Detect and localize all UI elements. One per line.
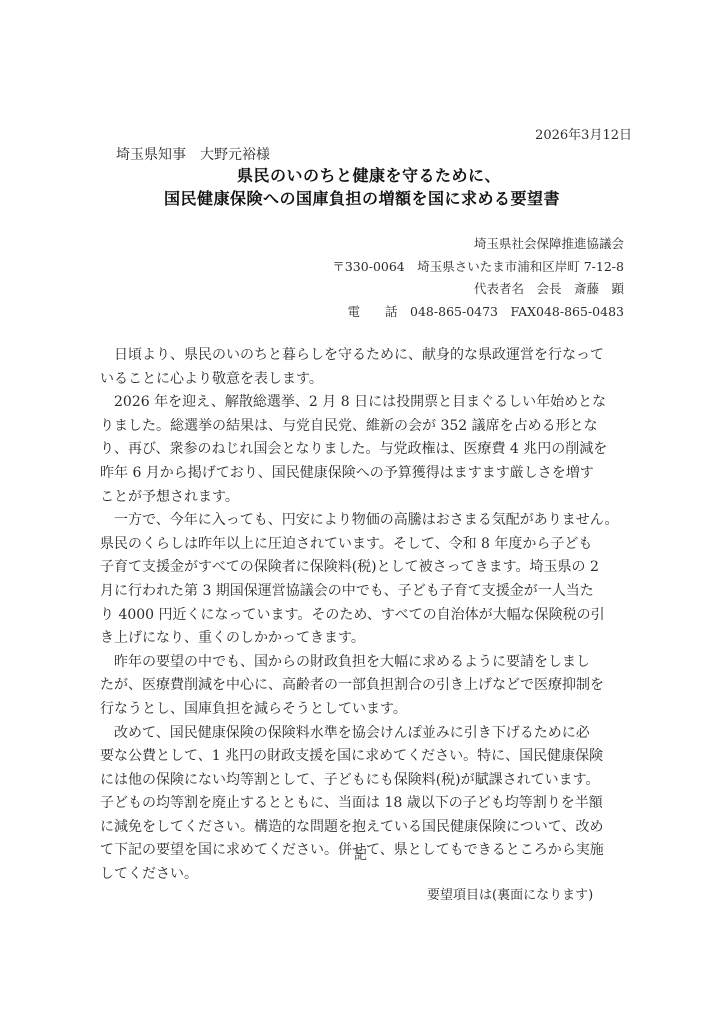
body-line: 一方で、今年に入っても、円安により物価の高騰はおさまる気配がありません。 <box>100 509 624 533</box>
sender-organization: 埼玉県社会保障推進協議会 <box>474 234 624 252</box>
body-line: に減免をしてください。構造的な問題を抱えている国民健康保険について、改め <box>100 816 624 840</box>
addressee: 埼玉県知事 大野元裕様 <box>116 144 270 164</box>
body-line: り 4000 円近くになっています。そのため、すべての自治体が大幅な保険税の引 <box>100 604 624 628</box>
document-body: 日頃より、県民のいのちと暮らしを守るために、献身的な県政運営を行なっていることに… <box>100 344 624 887</box>
document-page: 2026年3月12日 埼玉県知事 大野元裕様 県民のいのちと健康を守るために、 … <box>0 0 724 1024</box>
body-line: たが、医療費削減を中心に、高齢者の一部負担割合の引き上げなどで医療抑制を <box>100 674 624 698</box>
body-line: 要な公費として、1 兆円の財政支援を国に求めてください。特に、国民健康保険 <box>100 745 624 769</box>
body-line: 改めて、国民健康保険の保険料水準を協会けんぽ並みに引き下げるために必 <box>100 722 624 746</box>
body-line: 日頃より、県民のいのちと暮らしを守るために、献身的な県政運営を行なって <box>100 344 624 368</box>
body-line: りました。総選挙の結果は、与党自民党、維新の会が 352 議席を占める形とな <box>100 415 624 439</box>
body-line: き上げになり、重くのしかかってきます。 <box>100 627 624 651</box>
document-title-line-1: 県民のいのちと健康を守るために、 <box>0 163 724 186</box>
body-line: 子育て支援金がすべての保険者に保険料(税)として被さってきます。埼玉県の 2 <box>100 556 624 580</box>
body-line: 昨年の要望の中でも、国からの財政負担を大幅に求めるように要請をしまし <box>100 651 624 675</box>
body-line: 2026 年を迎え、解散総選挙、2 月 8 日には投開票と目まぐるしい年始めとな <box>100 391 624 415</box>
body-line: 月に行われた第 3 期国保運営協議会の中でも、子ども子育て支援金が一人当た <box>100 580 624 604</box>
sender-representative: 代表者名 会長 斎藤 顕 <box>474 279 624 297</box>
body-line: 県民のくらしは昨年以上に圧迫されています。そして、令和 8 年度から子ども <box>100 533 624 557</box>
body-line: 行なうとし、国庫負担を減らそうとしています。 <box>100 698 624 722</box>
sender-contact: 電 話 048-865-0473 FAX048-865-0483 <box>348 302 624 320</box>
body-line: 昨年 6 月から掲げており、国民健康保険への予算獲得はますます厳しさを増す <box>100 462 624 486</box>
body-line: には他の保険にない均等割として、子どもにも保険料(税)が賦課されています。 <box>100 769 624 793</box>
document-title-line-2: 国民健康保険への国庫負担の増額を国に求める要望書 <box>0 186 724 209</box>
body-line: 子どもの均等割を廃止するとともに、当面は 18 歳以下の子ども均等割りを半額 <box>100 792 624 816</box>
body-line: り、再び、衆参のねじれ国会となりました。与党政権は、医療費 4 兆円の削減を <box>100 438 624 462</box>
sender-address: 〒330-0064 埼玉県さいたま市浦和区岸町 7-12-8 <box>332 257 624 275</box>
document-date: 2026年3月12日 <box>535 124 632 143</box>
body-line: いることに心より敬意を表します。 <box>100 368 624 392</box>
back-page-note: 要望項目は(裏面になります) <box>427 884 593 903</box>
body-line: ことが予想されます。 <box>100 486 624 510</box>
ki-marker: 記 <box>354 844 367 863</box>
